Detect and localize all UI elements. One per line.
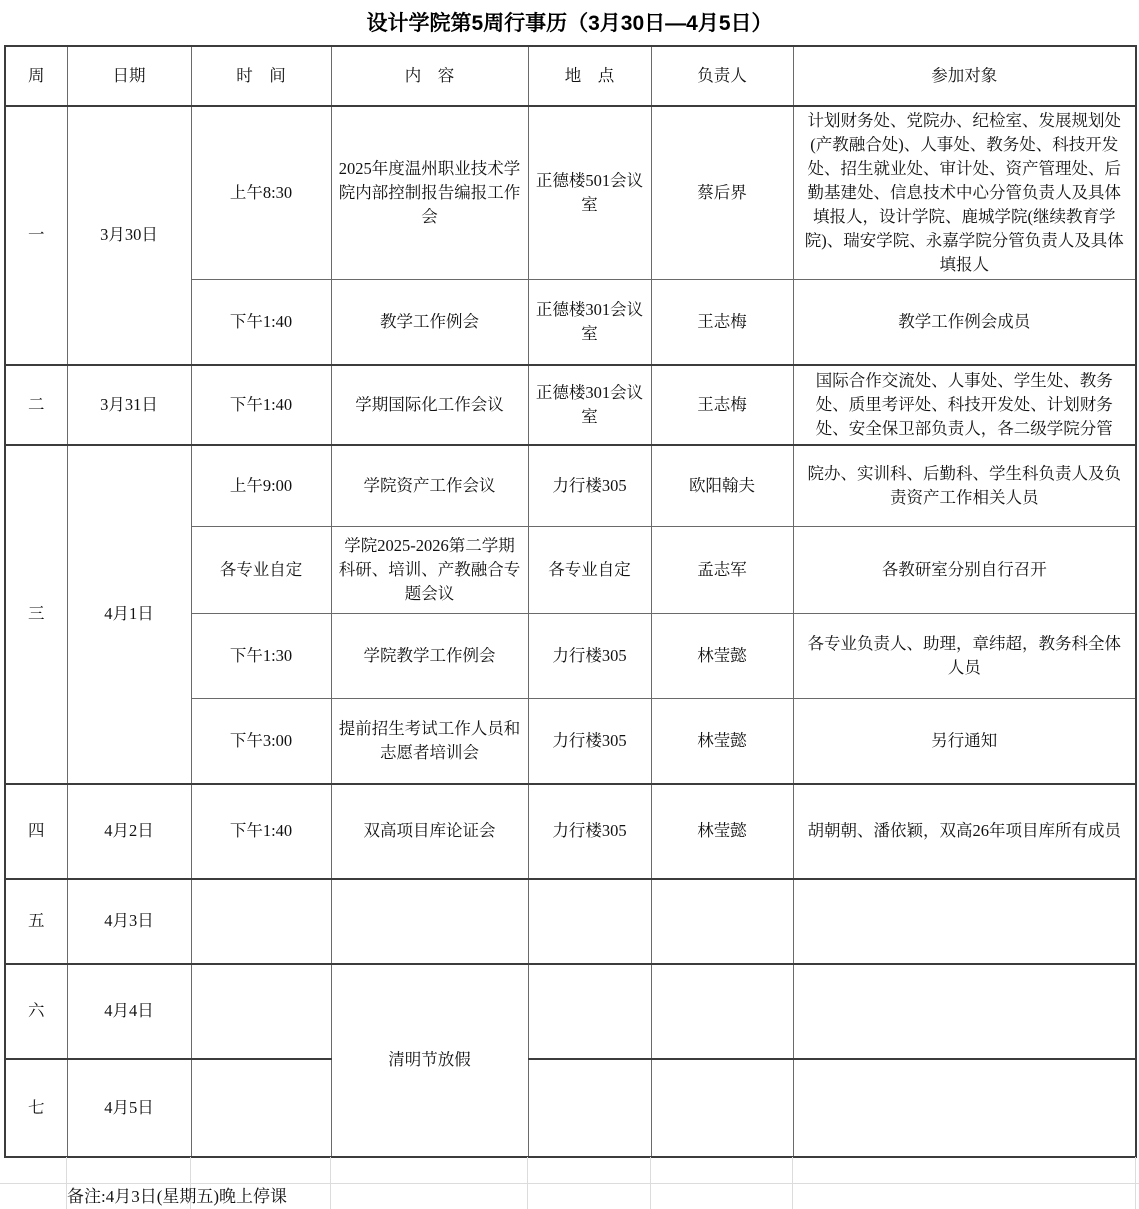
location-cell: [528, 964, 651, 1059]
lead-cell: 孟志军: [651, 527, 793, 614]
content-cell: 学院2025-2026第二学期科研、培训、产教融合专题会议: [331, 527, 528, 614]
date-cell: 3月30日: [67, 106, 191, 365]
week-cell: 二: [5, 365, 67, 445]
lead-cell: [651, 964, 793, 1059]
schedule-table: 周 日期 时 间 内 容 地 点 负责人 参加对象 一 3月30日 上午8:30…: [4, 45, 1137, 1158]
time-cell: [191, 1059, 331, 1157]
lead-cell: 蔡后界: [651, 106, 793, 280]
week-cell: 三: [5, 445, 67, 784]
lead-cell: 王志梅: [651, 280, 793, 365]
participants-cell: 教学工作例会成员: [793, 280, 1136, 365]
time-cell: 下午1:40: [191, 784, 331, 879]
participants-cell: 各专业负责人、助理，章纬超，教务科全体人员: [793, 614, 1136, 699]
lead-cell: [651, 1059, 793, 1157]
lead-cell: 林莹懿: [651, 784, 793, 879]
lead-cell: 欧阳翰夫: [651, 445, 793, 527]
time-cell: 各专业自定: [191, 527, 331, 614]
participants-cell: 计划财务处、党院办、纪检室、发展规划处(产教融合处)、人事处、教务处、科技开发处…: [793, 106, 1136, 280]
schedule-row: 一 3月30日 上午8:30 2025年度温州职业技术学院内部控制报告编报工作会…: [5, 106, 1136, 280]
schedule-row: 七 4月5日: [5, 1059, 1136, 1157]
location-cell: [528, 1059, 651, 1157]
participants-cell: 另行通知: [793, 699, 1136, 784]
time-cell: [191, 964, 331, 1059]
week-column-header: 周: [5, 46, 67, 106]
lead-column-header: 负责人: [651, 46, 793, 106]
time-cell: 下午1:40: [191, 365, 331, 445]
location-cell: [528, 879, 651, 964]
location-cell: 力行楼305: [528, 614, 651, 699]
date-cell: 3月31日: [67, 365, 191, 445]
date-cell: 4月3日: [67, 879, 191, 964]
week-cell: 七: [5, 1059, 67, 1157]
week-cell: 六: [5, 964, 67, 1059]
time-cell: 上午8:30: [191, 106, 331, 280]
content-cell: [331, 879, 528, 964]
participants-cell: [793, 964, 1136, 1059]
content-cell: 学院教学工作例会: [331, 614, 528, 699]
participants-cell: 各教研室分别自行召开: [793, 527, 1136, 614]
schedule-row: 二 3月31日 下午1:40 学期国际化工作会议 正德楼301会议室 王志梅 国…: [5, 365, 1136, 445]
date-cell: 4月1日: [67, 445, 191, 784]
schedule-row: 三 4月1日 上午9:00 学院资产工作会议 力行楼305 欧阳翰夫 院办、实训…: [5, 445, 1136, 527]
content-cell: 教学工作例会: [331, 280, 528, 365]
participants-cell: [793, 1059, 1136, 1157]
location-cell: 正德楼501会议室: [528, 106, 651, 280]
content-column-header: 内 容: [331, 46, 528, 106]
time-cell: 下午3:00: [191, 699, 331, 784]
location-cell: 力行楼305: [528, 699, 651, 784]
location-cell: 正德楼301会议室: [528, 280, 651, 365]
lead-cell: 林莹懿: [651, 614, 793, 699]
lead-cell: 王志梅: [651, 365, 793, 445]
participants-cell: 国际合作交流处、人事处、学生处、教务处、质里考评处、科技开发处、计划财务处、安全…: [793, 365, 1136, 445]
location-column-header: 地 点: [528, 46, 651, 106]
time-cell: 下午1:30: [191, 614, 331, 699]
content-cell: 2025年度温州职业技术学院内部控制报告编报工作会: [331, 106, 528, 280]
participants-column-header: 参加对象: [793, 46, 1136, 106]
location-cell: 各专业自定: [528, 527, 651, 614]
week-cell: 四: [5, 784, 67, 879]
holiday-cell: 清明节放假: [331, 964, 528, 1157]
date-column-header: 日期: [67, 46, 191, 106]
schedule-row: 六 4月4日 清明节放假: [5, 964, 1136, 1059]
participants-cell: [793, 879, 1136, 964]
footer-note: 备注:4月3日(星期五)晚上停课: [67, 1184, 287, 1209]
location-cell: 力行楼305: [528, 445, 651, 527]
participants-cell: 胡朝朝、潘依颖，双高26年项目库所有成员: [793, 784, 1136, 879]
participants-cell: 院办、实训科、后勤科、学生科负责人及负责资产工作相关人员: [793, 445, 1136, 527]
date-cell: 4月5日: [67, 1059, 191, 1157]
content-cell: 提前招生考试工作人员和志愿者培训会: [331, 699, 528, 784]
location-cell: 正德楼301会议室: [528, 365, 651, 445]
location-cell: 力行楼305: [528, 784, 651, 879]
schedule-row: 四 4月2日 下午1:40 双高项目库论证会 力行楼305 林莹懿 胡朝朝、潘依…: [5, 784, 1136, 879]
time-cell: [191, 879, 331, 964]
header-row: 周 日期 时 间 内 容 地 点 负责人 参加对象: [5, 46, 1136, 106]
content-cell: 双高项目库论证会: [331, 784, 528, 879]
time-column-header: 时 间: [191, 46, 331, 106]
time-cell: 上午9:00: [191, 445, 331, 527]
time-cell: 下午1:40: [191, 280, 331, 365]
week-cell: 一: [5, 106, 67, 365]
lead-cell: 林莹懿: [651, 699, 793, 784]
lead-cell: [651, 879, 793, 964]
schedule-row: 五 4月3日: [5, 879, 1136, 964]
page-title: 设计学院第5周行事历（3月30日—4月5日）: [0, 6, 1139, 42]
date-cell: 4月4日: [67, 964, 191, 1059]
date-cell: 4月2日: [67, 784, 191, 879]
content-cell: 学院资产工作会议: [331, 445, 528, 527]
content-cell: 学期国际化工作会议: [331, 365, 528, 445]
week-cell: 五: [5, 879, 67, 964]
